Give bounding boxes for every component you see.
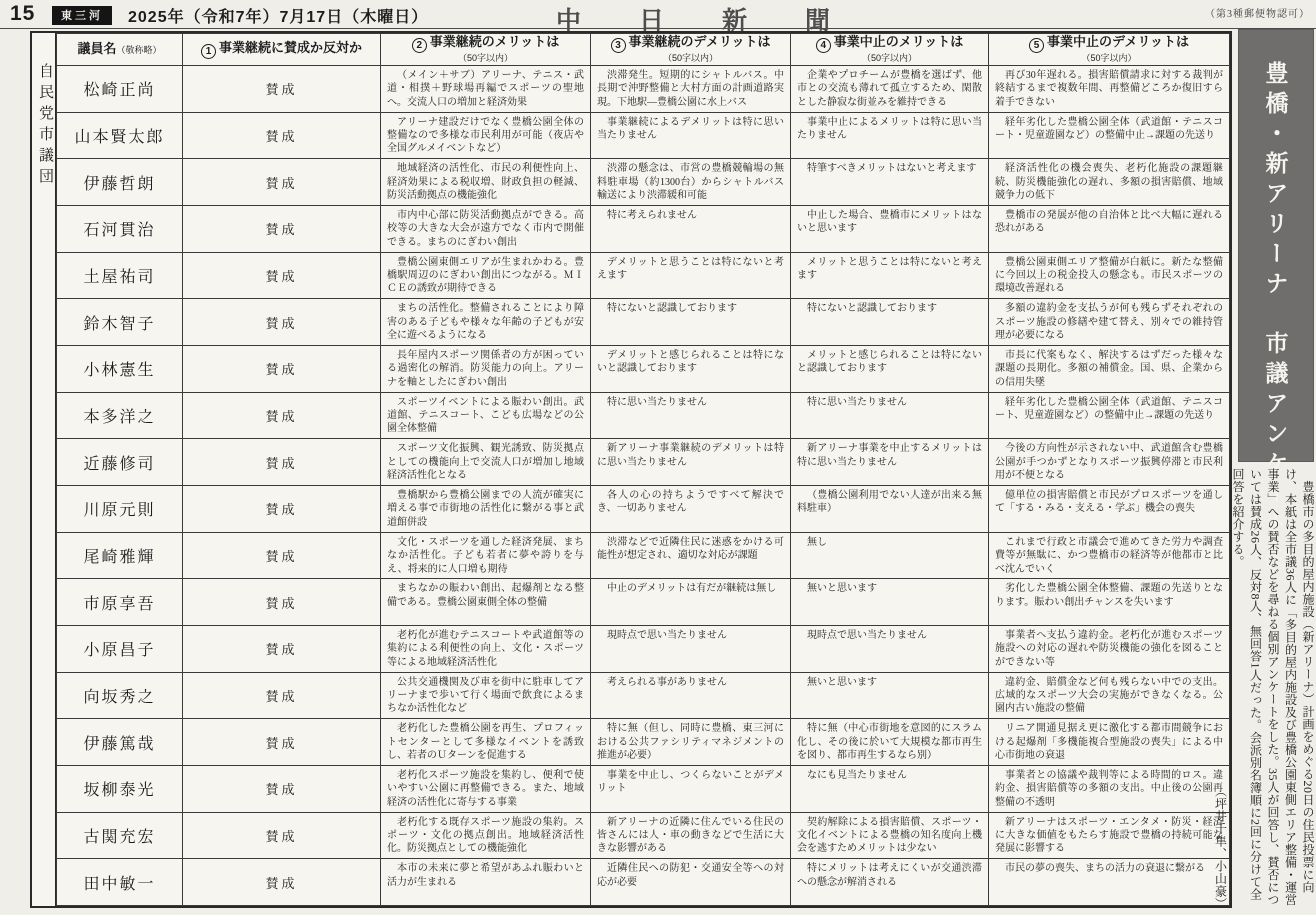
demerit-continue-cell: 渋滞の懸念は、市営の豊橋競輪場の無料駐車場（約1300台）からシャトルバス輸送に… xyxy=(591,159,791,206)
table-row: 伊藤篤哉 賛成 老朽化した豊橋公園を再生、プロフィットセンターとして多様なイベン… xyxy=(57,719,1230,766)
demerit-continue-cell: 新アリーナの近隣に住んでいる住民の皆さんには人・車の動きなどで生活に大きな影響が… xyxy=(591,812,791,859)
member-name: 近藤修司 xyxy=(57,439,183,486)
circled-number-icon: 4 xyxy=(816,38,831,53)
member-name: 市原享吾 xyxy=(57,579,183,626)
merit-cancel-cell: 特にメリットは考えにくいが交通渋滞への懸念が解消される xyxy=(791,859,989,906)
merit-continue-cell: 豊橋公園東側エリアが生まれかわる。豊橋駅周辺のにぎわい創出につながる。ＭＩＣＥの… xyxy=(381,252,591,299)
demerit-cancel-cell: 多額の違約金を支払うが何も残らずそれぞれのスポーツ施設の修繕や建て替え、別々での… xyxy=(989,299,1230,346)
merit-cancel-cell: 現時点で思い当たりません xyxy=(791,625,989,672)
merit-continue-cell: アリーナ建設だけでなく豊橋公園全体の整備なので多様な市民利用が可能（夜店や全国グ… xyxy=(381,112,591,159)
lede-text: 豊橋市の多目的屋内施設（新アリーナ）計画をめぐる20日の住民投票に向け、本紙は全… xyxy=(1229,468,1316,910)
merit-cancel-cell: 新アリーナ事業を中止するメリットは特に思い当たりません xyxy=(791,439,989,486)
col-header-q3: 3事業継続のデメリットは （50字以内） xyxy=(591,34,791,66)
merit-cancel-cell: なにも見当たりません xyxy=(791,765,989,812)
merit-cancel-cell: 無いと思います xyxy=(791,672,989,719)
masthead-bar: 15 東三河 2025年（令和7年）7月17日（木曜日） 中日新聞 （第3種郵便… xyxy=(0,0,1316,29)
demerit-cancel-cell: 再び30年遅れる。損害賠償請求に対する裁判が終結するまで複数年間、再整備どころか… xyxy=(989,66,1230,113)
survey-table: 議員名（敬称略） 1事業継続に賛成か反対か 2事業継続のメリットは （50字以内… xyxy=(56,33,1230,906)
member-name: 松崎正尚 xyxy=(57,66,183,113)
demerit-continue-cell: デメリットと思うことは特にないと考えます xyxy=(591,252,791,299)
col-header-q5: 5事業中止のデメリットは （50字以内） xyxy=(989,34,1230,66)
stance-value: 賛成 xyxy=(183,159,381,206)
col-header-q1: 1事業継続に賛成か反対か xyxy=(183,34,381,66)
newspaper-page: 15 東三河 2025年（令和7年）7月17日（木曜日） 中日新聞 （第3種郵便… xyxy=(0,0,1316,915)
member-name: 鈴木智子 xyxy=(57,299,183,346)
stance-value: 賛成 xyxy=(183,486,381,533)
merit-cancel-cell: 契約解除による損害賠償、スポーツ・文化イベントによる豊橋の知名度向上機会を逃すた… xyxy=(791,812,989,859)
header-row: 議員名（敬称略） 1事業継続に賛成か反対か 2事業継続のメリットは （50字以内… xyxy=(57,34,1230,66)
merit-continue-cell: 老朽化が進むテニスコートや武道館等の集約による利便性の向上、文化・スポーツ等によ… xyxy=(381,625,591,672)
stance-value: 賛成 xyxy=(183,66,381,113)
merit-continue-cell: 老朽化スポーツ施設を集約し、便利で使いやすい公園に再整備できる。また、地域経済の… xyxy=(381,765,591,812)
stance-value: 賛成 xyxy=(183,579,381,626)
table-row: 尾崎雅輝 賛成 文化・スポーツを通した経済発展、まちなか活性化。子ども若者に夢や… xyxy=(57,532,1230,579)
merit-continue-cell: 文化・スポーツを通した経済発展、まちなか活性化。子ども若者に夢や誇りを与え、将来… xyxy=(381,532,591,579)
demerit-cancel-cell: 経済活性化の機会喪失、老朽化施設の課題継続、防災機能強化の遅れ、多額の損害賠償、… xyxy=(989,159,1230,206)
merit-continue-cell: スポーツイベントによる賑わい創出。武道館、テニスコート、こども広場などの公園全体… xyxy=(381,392,591,439)
byline: （坪井千隼、小山豪） xyxy=(1211,468,1229,910)
merit-continue-cell: 老朽化する既存スポーツ施設の集約。スポーツ・文化の拠点創出。地域経済活性化。防災… xyxy=(381,812,591,859)
demerit-cancel-cell: リニア開通見据え更に激化する都市間競争における起爆剤「多機能複合型施設の喪失」に… xyxy=(989,719,1230,766)
demerit-cancel-cell: 市長に代案もなく、解決するはずだった様々な課題の長期化。多額の補償金。国、県、企… xyxy=(989,346,1230,393)
merit-cancel-cell: 特に無（中心市街地を意図的にスラム化し、その後に於いて大規模な都市再生を図り、都… xyxy=(791,719,989,766)
table-row: 伊藤哲朗 賛成 地域経済の活性化、市民の利便性向上、経済効果による税収増、財政負… xyxy=(57,159,1230,206)
demerit-cancel-cell: 豊橋公園東側エリア整備が白紙に。新たな整備に今回以上の税金投入の懸念も。市民スポ… xyxy=(989,252,1230,299)
table-row: 土屋祐司 賛成 豊橋公園東側エリアが生まれかわる。豊橋駅周辺のにぎわい創出につな… xyxy=(57,252,1230,299)
stance-value: 賛成 xyxy=(183,765,381,812)
member-name: 田中敏一 xyxy=(57,859,183,906)
demerit-continue-cell: 中止のデメリットは有だが継続は無し xyxy=(591,579,791,626)
survey-table-frame: 自民党市議団 議員名（敬称略） 1事業継続に賛成か反対か 2事業継続のメリットは xyxy=(30,31,1232,908)
demerit-cancel-cell: 経年劣化した豊橋公園全体（武道館、テニスコート、児童遊園など）の整備中止→課題の… xyxy=(989,392,1230,439)
stance-value: 賛成 xyxy=(183,112,381,159)
member-name: 川原元則 xyxy=(57,486,183,533)
member-name: 向坂秀之 xyxy=(57,672,183,719)
stance-value: 賛成 xyxy=(183,719,381,766)
article-lede: 豊橋市の多目的屋内施設（新アリーナ）計画をめぐる20日の住民投票に向け、本紙は全… xyxy=(1218,468,1316,910)
merit-continue-cell: 公共交通機関及び車を街中に駐車してアリーナまで歩いて行く場面で飲食によるまちなか… xyxy=(381,672,591,719)
stance-value: 賛成 xyxy=(183,299,381,346)
demerit-continue-cell: 渋滞発生。短期的にシャトルバス。中長期で沖野整備と大村方面の計画道路実現。下地駅… xyxy=(591,66,791,113)
col-header-q4: 4事業中止のメリットは （50字以内） xyxy=(791,34,989,66)
demerit-cancel-cell: これまで行政と市議会で進めてきた労力や調査費等が無駄に、かつ豊橋市の経済等が他都… xyxy=(989,532,1230,579)
section-headline: 豊橋・新アリーナ 市議アンケート上 xyxy=(1260,61,1293,462)
demerit-continue-cell: 考えられる事がありません xyxy=(591,672,791,719)
merit-cancel-cell: 中止した場合、豊橋市にメリットはないと思います xyxy=(791,206,989,253)
demerit-cancel-cell: 億単位の損害賠償と市民がプロスポーツを通して「する・みる・支える・学ぶ」機会の喪… xyxy=(989,486,1230,533)
merit-cancel-cell: メリットと思うことは特にないと考えます xyxy=(791,252,989,299)
circled-number-icon: 5 xyxy=(1029,38,1044,53)
demerit-cancel-cell: 劣化した豊橋公園全体整備、課題の先送りとなります。賑わい創出チャンスを失います xyxy=(989,579,1230,626)
survey-table-body: 松崎正尚 賛成 （メイン＋サブ）アリーナ、テニス・武道・相撲＋野球場再編でスポー… xyxy=(57,66,1230,906)
stance-value: 賛成 xyxy=(183,439,381,486)
demerit-continue-cell: 特に思い当たりません xyxy=(591,392,791,439)
merit-cancel-cell: （豊橋公園利用でない人達が出来る無料駐車） xyxy=(791,486,989,533)
merit-cancel-cell: 無いと思います xyxy=(791,579,989,626)
merit-continue-cell: まちなかの賑わい創出、起爆剤となる整備である。豊橋公園東側全体の整備 xyxy=(381,579,591,626)
col-header-q2: 2事業継続のメリットは （50字以内） xyxy=(381,34,591,66)
table-row: 市原享吾 賛成 まちなかの賑わい創出、起爆剤となる整備である。豊橋公園東側全体の… xyxy=(57,579,1230,626)
demerit-cancel-cell: 事業者へ支払う違約金。老朽化が進むスポーツ施設への対応の遅れや防災機能の強化を図… xyxy=(989,625,1230,672)
member-name: 石河貫治 xyxy=(57,206,183,253)
table-row: 近藤修司 賛成 スポーツ文化振興、観光誘致、防災拠点としての機能向上で交流人口が… xyxy=(57,439,1230,486)
stance-value: 賛成 xyxy=(183,206,381,253)
circled-number-icon: 1 xyxy=(201,44,216,59)
member-name: 伊藤篤哉 xyxy=(57,719,183,766)
merit-continue-cell: 本市の未来に夢と希望があふれ賑わいと活力が生まれる xyxy=(381,859,591,906)
party-group-strip: 自民党市議団 xyxy=(32,33,56,906)
edition-badge: 東三河 xyxy=(52,6,112,25)
member-name: 小林憲生 xyxy=(57,346,183,393)
circled-number-icon: 3 xyxy=(611,38,626,53)
merit-cancel-cell: メリットと感じられることは特にないと認識しております xyxy=(791,346,989,393)
postal-permit-note: （第3種郵便物認可） xyxy=(1205,5,1310,20)
demerit-cancel-cell: 経年劣化した豊橋公園全体（武道館・テニスコート・児童遊園など）の整備中止→課題の… xyxy=(989,112,1230,159)
demerit-cancel-cell: 新アリーナはスポーツ・エンタメ・防災・経済に大きな価値をもたらす施設で豊橋の持続… xyxy=(989,812,1230,859)
table-row: 小林憲生 賛成 長年屋内スポーツ関係者の方が困っている過密化の解消。防災能力の向… xyxy=(57,346,1230,393)
stance-value: 賛成 xyxy=(183,672,381,719)
merit-continue-cell: スポーツ文化振興、観光誘致、防災拠点としての機能向上で交流人口が増加し地域経済活… xyxy=(381,439,591,486)
table-row: 古関充宏 賛成 老朽化する既存スポーツ施設の集約。スポーツ・文化の拠点創出。地域… xyxy=(57,812,1230,859)
party-group-label: 自民党市議団 xyxy=(35,63,56,189)
table-row: 田中敏一 賛成 本市の未来に夢と希望があふれ賑わいと活力が生まれる 近隣住民への… xyxy=(57,859,1230,906)
stance-value: 賛成 xyxy=(183,252,381,299)
demerit-continue-cell: 近隣住民への防犯・交通安全等への対応が必要 xyxy=(591,859,791,906)
merit-continue-cell: （メイン＋サブ）アリーナ、テニス・武道・相撲＋野球場再編でスポーツの聖地へ。交流… xyxy=(381,66,591,113)
merit-cancel-cell: 特筆すべきメリットはないと考えます xyxy=(791,159,989,206)
member-name: 坂柳泰光 xyxy=(57,765,183,812)
merit-continue-cell: 老朽化した豊橋公園を再生、プロフィットセンターとして多様なイベントを誘致し、若者… xyxy=(381,719,591,766)
table-row: 本多洋之 賛成 スポーツイベントによる賑わい創出。武道館、テニスコート、こども広… xyxy=(57,392,1230,439)
stance-value: 賛成 xyxy=(183,532,381,579)
merit-cancel-cell: 企業やプロチームが豊橋を選ばず、他市との交流も薄れて孤立するため、閑散とした静寂… xyxy=(791,66,989,113)
demerit-cancel-cell: 今後の方向性が示されない中、武道館含む豊橋公園が手つかずとなりスポーツ振興停滞と… xyxy=(989,439,1230,486)
demerit-cancel-cell: 違約金、賠償金など何も残らない中での支出。広域的なスポーツ大会の実施ができなくな… xyxy=(989,672,1230,719)
demerit-continue-cell: 特に考えられません xyxy=(591,206,791,253)
demerit-cancel-cell: 市民の夢の喪失、まちの活力の衰退に繋がる xyxy=(989,859,1230,906)
merit-continue-cell: 豊橋駅から豊橋公園までの人流が確実に増える事で市街地の活性化に繋がる事と武道館併… xyxy=(381,486,591,533)
stance-value: 賛成 xyxy=(183,859,381,906)
demerit-continue-cell: 特にないと認識しております xyxy=(591,299,791,346)
demerit-continue-cell: デメリットと感じられることは特にないと認識しております xyxy=(591,346,791,393)
table-row: 小原昌子 賛成 老朽化が進むテニスコートや武道館等の集約による利便性の向上、文化… xyxy=(57,625,1230,672)
date-line: 2025年（令和7年）7月17日（木曜日） xyxy=(128,4,428,27)
table-row: 向坂秀之 賛成 公共交通機関及び車を街中に駐車してアリーナまで歩いて行く場面で飲… xyxy=(57,672,1230,719)
member-name: 小原昌子 xyxy=(57,625,183,672)
table-row: 松崎正尚 賛成 （メイン＋サブ）アリーナ、テニス・武道・相撲＋野球場再編でスポー… xyxy=(57,66,1230,113)
section-banner: 豊橋・新アリーナ 市議アンケート上 xyxy=(1238,29,1314,462)
member-name: 本多洋之 xyxy=(57,392,183,439)
merit-continue-cell: 市内中心部に防災活動拠点ができる。高校等の大きな大会が遠方でなく市内で開催できる… xyxy=(381,206,591,253)
demerit-continue-cell: 現時点で思い当たりません xyxy=(591,625,791,672)
table-row: 山本賢太郎 賛成 アリーナ建設だけでなく豊橋公園全体の整備なので多様な市民利用が… xyxy=(57,112,1230,159)
circled-number-icon: 2 xyxy=(412,38,427,53)
demerit-cancel-cell: 豊橋市の発展が他の自治体と比べ大幅に遅れる恐れがある xyxy=(989,206,1230,253)
demerit-continue-cell: 事業を中止し、つくらないことがデメリット xyxy=(591,765,791,812)
table-row: 坂柳泰光 賛成 老朽化スポーツ施設を集約し、便利で使いやすい公園に再整備できる。… xyxy=(57,765,1230,812)
member-name: 尾崎雅輝 xyxy=(57,532,183,579)
demerit-continue-cell: 新アリーナ事業継続のデメリットは特に思い当たりません xyxy=(591,439,791,486)
page-number: 15 xyxy=(10,2,35,26)
merit-cancel-cell: 特に思い当たりません xyxy=(791,392,989,439)
merit-continue-cell: 長年屋内スポーツ関係者の方が困っている過密化の解消。防災能力の向上。アリーナを軸… xyxy=(381,346,591,393)
demerit-continue-cell: 渋滞などで近隣住民に迷惑をかける可能性が想定され、適切な対応が課題 xyxy=(591,532,791,579)
demerit-continue-cell: 特に無（但し、同時に豊橋、東三河における公共ファシリティマネジメントの推進が必要… xyxy=(591,719,791,766)
merit-cancel-cell: 特にないと認識しております xyxy=(791,299,989,346)
merit-continue-cell: まちの活性化。整備されることにより障害のある子どもや様々な年齢の子どもが安全に遊… xyxy=(381,299,591,346)
member-name: 古関充宏 xyxy=(57,812,183,859)
stance-value: 賛成 xyxy=(183,346,381,393)
stance-value: 賛成 xyxy=(183,812,381,859)
merit-continue-cell: 地域経済の活性化、市民の利便性向上、経済効果による税収増、財政負担の軽減、防災活… xyxy=(381,159,591,206)
merit-cancel-cell: 事業中止によるメリットは特に思い当たりません xyxy=(791,112,989,159)
merit-cancel-cell: 無し xyxy=(791,532,989,579)
table-row: 石河貫治 賛成 市内中心部に防災活動拠点ができる。高校等の大きな大会が遠方でなく… xyxy=(57,206,1230,253)
member-name: 伊藤哲朗 xyxy=(57,159,183,206)
col-header-name: 議員名（敬称略） xyxy=(57,34,183,66)
demerit-continue-cell: 各人の心の持ちようですべて解決でき、一切ありません xyxy=(591,486,791,533)
member-name: 山本賢太郎 xyxy=(57,112,183,159)
stance-value: 賛成 xyxy=(183,392,381,439)
member-name: 土屋祐司 xyxy=(57,252,183,299)
demerit-continue-cell: 事業継続によるデメリットは特に思い当たりません xyxy=(591,112,791,159)
table-row: 鈴木智子 賛成 まちの活性化。整備されることにより障害のある子どもや様々な年齢の… xyxy=(57,299,1230,346)
table-row: 川原元則 賛成 豊橋駅から豊橋公園までの人流が確実に増える事で市街地の活性化に繋… xyxy=(57,486,1230,533)
demerit-cancel-cell: 事業者との協議や裁判等による時間的ロス。違約金、損害賠償等の多額の支出。中止後の… xyxy=(989,765,1230,812)
stance-value: 賛成 xyxy=(183,625,381,672)
